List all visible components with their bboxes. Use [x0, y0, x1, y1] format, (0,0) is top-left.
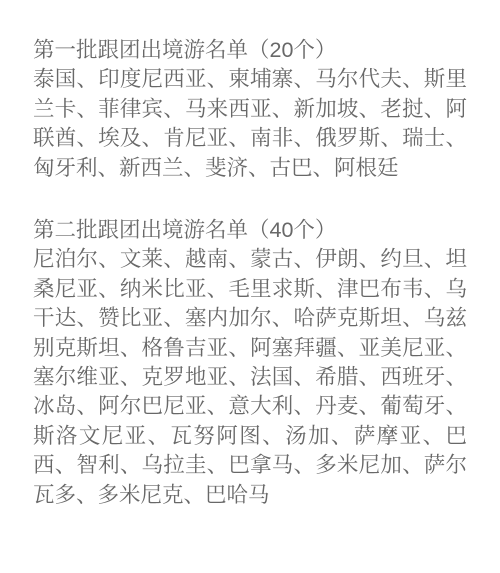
first-batch-country-list: 泰国、印度尼西亚、柬埔寨、马尔代夫、斯里兰卡、菲律宾、马来西亚、新加坡、老挝、阿… — [33, 65, 467, 183]
batch-section-second: 第二批跟团出境游名单（40个） 尼泊尔、文莱、越南、蒙古、伊朗、约旦、坦桑尼亚、… — [33, 216, 467, 510]
first-batch-title: 第一批跟团出境游名单（20个） — [33, 36, 467, 65]
second-batch-title: 第二批跟团出境游名单（40个） — [33, 216, 467, 245]
second-batch-country-list: 尼泊尔、文莱、越南、蒙古、伊朗、约旦、坦桑尼亚、纳米比亚、毛里求斯、津巴布韦、乌… — [33, 245, 467, 510]
travel-list-document: 第一批跟团出境游名单（20个） 泰国、印度尼西亚、柬埔寨、马尔代夫、斯里兰卡、菲… — [0, 0, 500, 573]
batch-section-first: 第一批跟团出境游名单（20个） 泰国、印度尼西亚、柬埔寨、马尔代夫、斯里兰卡、菲… — [33, 36, 467, 183]
